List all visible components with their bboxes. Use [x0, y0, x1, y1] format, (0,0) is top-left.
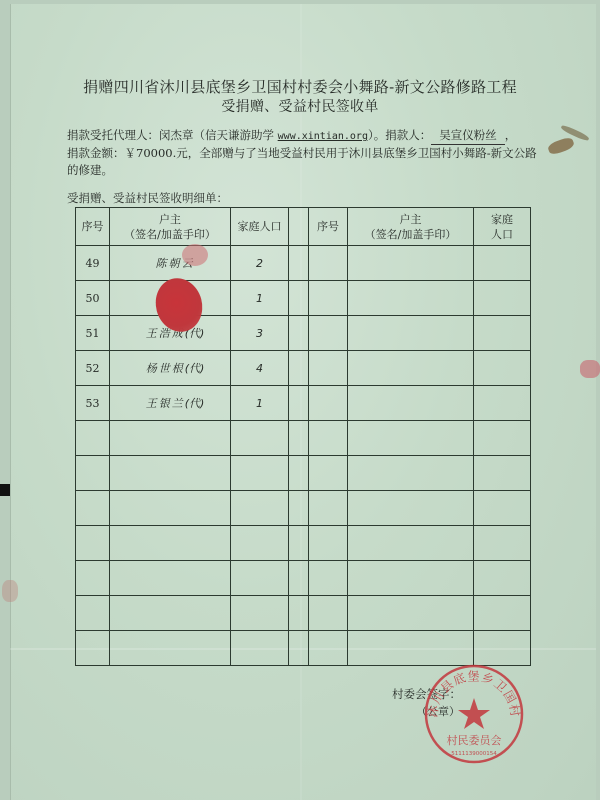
householder-signature-right[interactable] [348, 351, 474, 386]
spacer-cell [289, 491, 309, 526]
row-seq-right [309, 421, 348, 456]
householder-signature[interactable]: 陈朝云 [110, 246, 231, 281]
amount-line-2: 的修建。 [67, 163, 113, 177]
family-size-cell-right[interactable] [474, 421, 531, 456]
householder-signature[interactable] [110, 421, 231, 456]
spacer-cell [289, 316, 309, 351]
householder-signature[interactable]: 王银兰(代) [110, 386, 231, 421]
stain [580, 360, 600, 378]
table-row: 49陈朝云2 [76, 246, 531, 281]
table-row [76, 491, 531, 526]
row-seq-right [309, 526, 348, 561]
family-size-cell[interactable]: 2 [231, 246, 289, 281]
table-row [76, 421, 531, 456]
row-seq-right [309, 386, 348, 421]
signature-table: 序号 户主（签名/加盖手印） 家庭人口 序号 户主（签名/加盖手印） 家庭人口 … [75, 207, 531, 666]
row-seq-right [309, 596, 348, 631]
signature-note: (代) [185, 397, 205, 410]
family-size-cell-right[interactable] [474, 281, 531, 316]
header-seq-right: 序号 [309, 208, 348, 246]
table-row: 51王浩成(代)3 [76, 316, 531, 351]
householder-signature-right[interactable] [348, 456, 474, 491]
seal-icon: 沐川县底堡乡卫国村 村民委员会 5111139000154 [422, 662, 526, 766]
thumbprint-faint [182, 244, 208, 266]
svg-text:5111139000154: 5111139000154 [451, 751, 497, 757]
row-seq-right [309, 491, 348, 526]
row-seq [76, 596, 110, 631]
family-size-cell-right[interactable] [474, 456, 531, 491]
table-row [76, 631, 531, 666]
family-size-cell-right[interactable] [474, 561, 531, 596]
header-spacer [289, 208, 309, 246]
row-seq [76, 421, 110, 456]
spacer-cell [289, 631, 309, 666]
official-seal-stamp: 沐川县底堡乡卫国村 村民委员会 5111139000154 [422, 662, 526, 766]
table-row [76, 526, 531, 561]
family-size-cell[interactable] [231, 456, 289, 491]
family-size-cell[interactable]: 4 [231, 351, 289, 386]
row-seq-right [309, 246, 348, 281]
header-householder-line2: （签名/加盖手印） [365, 228, 457, 241]
family-size-cell-right[interactable] [474, 631, 531, 666]
header-householder: 户主（签名/加盖手印） [110, 208, 231, 246]
family-size-cell-right[interactable] [474, 246, 531, 281]
householder-signature-right[interactable] [348, 526, 474, 561]
intro-paragraph: 捐款受托代理人：闵杰章（信天谦游助学 www.xintian.org）。捐款人：… [67, 127, 547, 179]
family-size-cell[interactable] [231, 491, 289, 526]
document-subtitle: 受捐赠、受益村民签收单 [0, 96, 600, 116]
family-size-cell-right[interactable] [474, 491, 531, 526]
row-seq: 53 [76, 386, 110, 421]
row-seq-right [309, 456, 348, 491]
list-label: 受捐赠、受益村民签收明细单： [67, 190, 228, 206]
householder-signature[interactable] [110, 456, 231, 491]
householder-signature-right[interactable] [348, 246, 474, 281]
householder-signature[interactable] [110, 596, 231, 631]
row-seq-right [309, 631, 348, 666]
stain [2, 580, 18, 602]
row-seq [76, 631, 110, 666]
householder-signature[interactable] [110, 561, 231, 596]
header-family-size-right: 家庭人口 [474, 208, 531, 246]
header-householder-line1: 户主 [159, 213, 181, 226]
householder-signature-right[interactable] [348, 421, 474, 456]
header-householder-right: 户主（签名/加盖手印） [348, 208, 474, 246]
householder-signature[interactable] [110, 631, 231, 666]
table-row [76, 596, 531, 631]
householder-signature-right[interactable] [348, 631, 474, 666]
spacer-cell [289, 561, 309, 596]
row-seq: 51 [76, 316, 110, 351]
agent-url: www.xintian.org [278, 131, 368, 142]
table-row [76, 561, 531, 596]
spacer-cell [289, 281, 309, 316]
amount-line: 捐款金额：￥70000.元，全部赠与了当地受益村民用于沐川县底堡乡卫国村小舞路-… [67, 146, 537, 160]
table-row [76, 456, 531, 491]
signature-note: (代) [185, 362, 205, 375]
header-householder-line1: 户主 [400, 213, 422, 226]
spacer-cell [289, 386, 309, 421]
signature-name: 杨世根 [146, 362, 185, 375]
row-seq: 49 [76, 246, 110, 281]
header-family-line2: 人口 [491, 228, 513, 241]
row-seq: 52 [76, 351, 110, 386]
spacer-cell [289, 526, 309, 561]
table-header-row: 序号 户主（签名/加盖手印） 家庭人口 序号 户主（签名/加盖手印） 家庭人口 [76, 208, 531, 246]
donor-name: 吴宣仪粉丝 [431, 127, 505, 145]
family-size-cell-right[interactable] [474, 316, 531, 351]
family-size-cell-right[interactable] [474, 596, 531, 631]
table-row: 52杨世根(代)4 [76, 351, 531, 386]
spacer-cell [289, 351, 309, 386]
family-size-cell[interactable] [231, 631, 289, 666]
family-size-cell[interactable]: 1 [231, 281, 289, 316]
householder-signature-right[interactable] [348, 561, 474, 596]
row-seq [76, 456, 110, 491]
family-size-cell[interactable] [231, 526, 289, 561]
document-title: 捐赠四川省沐川县底堡乡卫国村村委会小舞路-新文公路修路工程 [0, 76, 600, 97]
householder-signature-right[interactable] [348, 386, 474, 421]
family-size-cell-right[interactable] [474, 526, 531, 561]
family-size-cell[interactable] [231, 561, 289, 596]
agent-suffix: ）。捐款人： [368, 128, 431, 142]
header-family-line1: 家庭 [491, 213, 513, 226]
row-seq-right [309, 316, 348, 351]
householder-signature[interactable] [110, 526, 231, 561]
householder-signature-right[interactable] [348, 281, 474, 316]
family-size-cell[interactable]: 3 [231, 316, 289, 351]
householder-signature-right[interactable] [348, 596, 474, 631]
edge-mark [0, 484, 10, 496]
householder-signature-right[interactable] [348, 491, 474, 526]
header-family-size: 家庭人口 [231, 208, 289, 246]
spacer-cell [289, 596, 309, 631]
spacer-cell [289, 246, 309, 281]
family-size-cell[interactable]: 1 [231, 386, 289, 421]
row-seq [76, 491, 110, 526]
signature-name: 王银兰 [146, 397, 185, 410]
householder-signature-right[interactable] [348, 316, 474, 351]
householder-signature[interactable] [110, 491, 231, 526]
family-size-cell[interactable] [231, 596, 289, 631]
spacer-cell [289, 421, 309, 456]
svg-text:村民委员会: 村民委员会 [447, 733, 502, 747]
row-seq [76, 526, 110, 561]
family-size-cell-right[interactable] [474, 386, 531, 421]
row-seq-right [309, 561, 348, 596]
header-householder-line2: （签名/加盖手印） [124, 228, 216, 241]
row-seq-right [309, 281, 348, 316]
family-size-cell-right[interactable] [474, 351, 531, 386]
table-row: 50周邦良1 [76, 281, 531, 316]
row-seq-right [309, 351, 348, 386]
spacer-cell [289, 456, 309, 491]
row-seq [76, 561, 110, 596]
donor-suffix: ， [505, 128, 517, 142]
agent-label: 捐款受托代理人：闵杰章（信天谦游助学 [67, 128, 278, 142]
family-size-cell[interactable] [231, 421, 289, 456]
header-seq: 序号 [76, 208, 110, 246]
householder-signature[interactable]: 杨世根(代) [110, 351, 231, 386]
row-seq: 50 [76, 281, 110, 316]
table-row: 53王银兰(代)1 [76, 386, 531, 421]
